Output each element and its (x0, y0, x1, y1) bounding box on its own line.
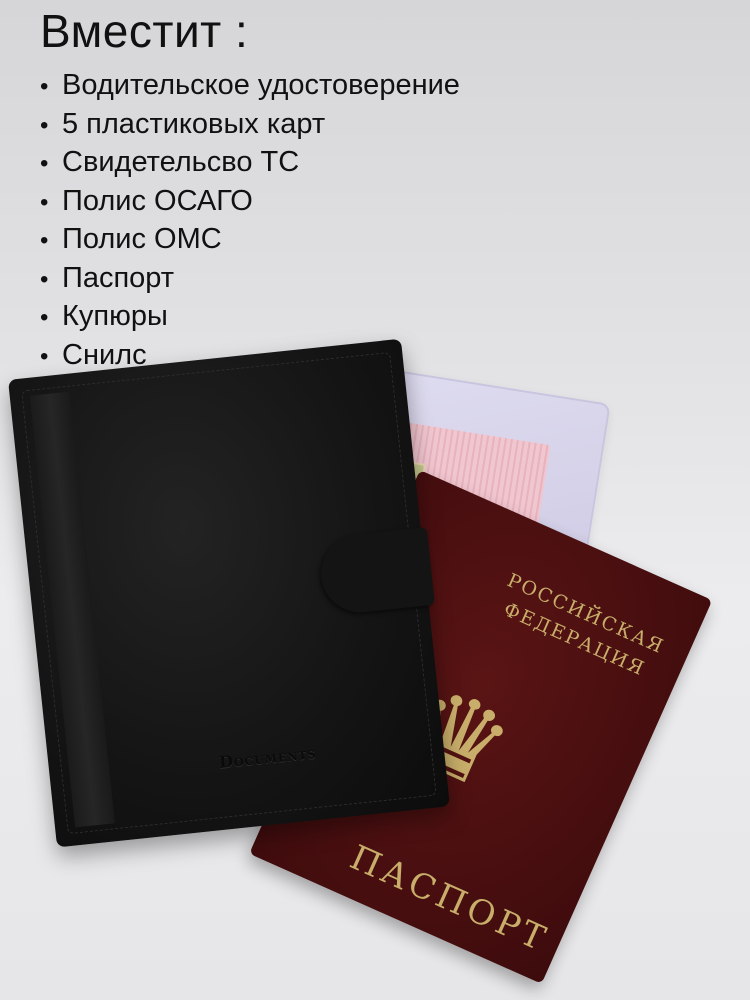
passport-word: ПАСПОРТ (344, 838, 543, 956)
leather-document-wallet: Documents (8, 339, 450, 848)
product-photo: РОССИЙСКАЯ ФЕДЕРАЦИЯ ♛ ПАСПОРТ Documents (0, 0, 750, 1000)
